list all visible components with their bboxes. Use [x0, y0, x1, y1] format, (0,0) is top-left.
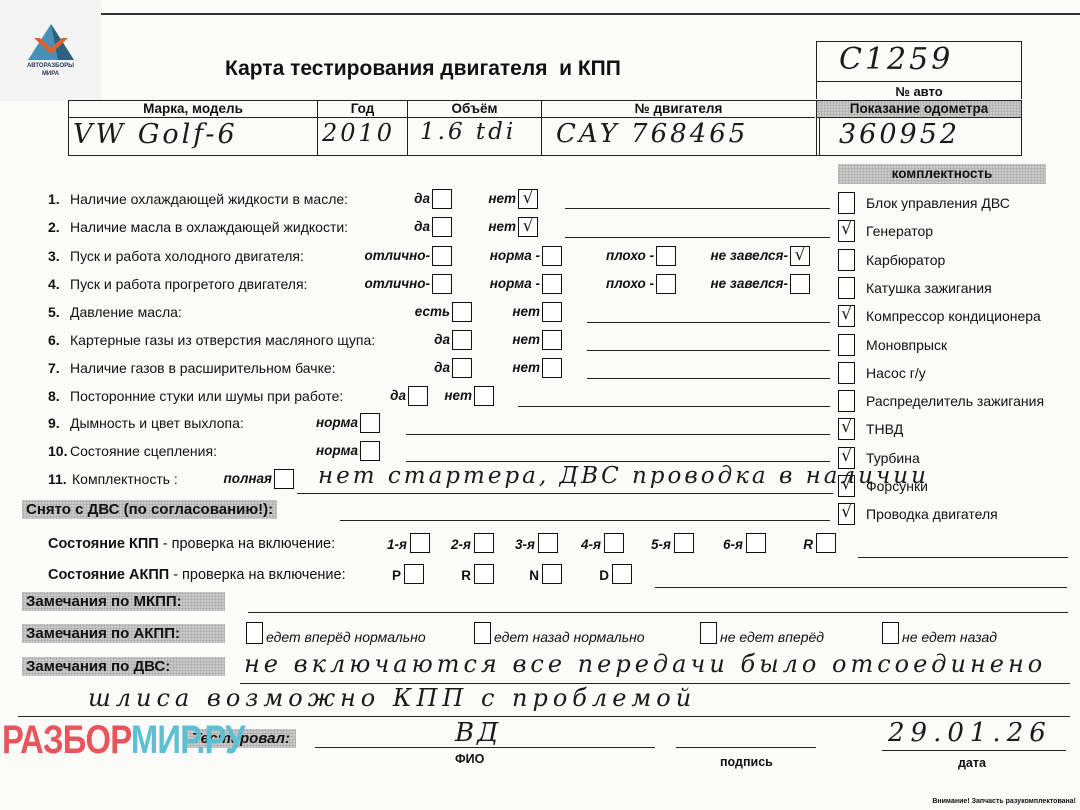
akpp-remark-checkbox[interactable] [882, 622, 899, 644]
completeness-item-label: Компрессор кондиционера [866, 308, 1041, 324]
item-label: Состояние сцепления: [70, 443, 217, 459]
item-label: Наличие газов в расширительном бачке: [70, 360, 336, 376]
option-checkbox[interactable] [432, 217, 452, 237]
date-line[interactable] [882, 750, 1066, 751]
option-label: нет [488, 191, 516, 206]
akpp-remark-label: едет вперёд нормально [266, 629, 426, 645]
option-label: да [390, 388, 406, 403]
engine-number-value: CAY 768465 [556, 119, 815, 149]
notes-line[interactable] [565, 237, 830, 238]
option-checkbox[interactable] [542, 246, 562, 266]
option-checkbox[interactable] [542, 274, 562, 294]
year-cell: Год 2010 [317, 101, 407, 155]
company-logo: АВТОРАЗБОРЫ МИРА [0, 0, 101, 101]
option-checkbox[interactable]: √ [790, 246, 810, 266]
option-label: плохо - [606, 248, 654, 263]
item-label: Дымность и цвет выхлопа: [70, 415, 244, 431]
gear-label: 2-я [451, 537, 471, 552]
option-label: есть [415, 304, 450, 319]
option-label: норма - [490, 276, 540, 291]
gear-label: 5-я [651, 537, 671, 552]
car-number-box: C1259 № авто [816, 41, 1022, 99]
logo-mark-icon [28, 24, 74, 62]
notes-line[interactable] [518, 406, 830, 407]
option-label: нет [512, 360, 540, 375]
option-label: плохо - [606, 276, 654, 291]
item-11-note: нет стартера, ДВС проводка в наличии [318, 463, 929, 489]
option-checkbox[interactable] [432, 189, 452, 209]
item-label: Пуск и работа холодного двигателя: [70, 248, 304, 264]
signature-label: подпись [720, 755, 773, 769]
year-header: Год [318, 101, 407, 118]
item-number: 11. [48, 471, 67, 487]
completeness-item-label: Генератор [866, 223, 933, 239]
fio-label: ФИО [455, 752, 484, 766]
completeness-item-label: Распределитель зажигания [866, 393, 1044, 409]
fio-value: ВД [455, 718, 501, 748]
vehicle-info-table: Марка, модель VW Golf-6 Год 2010 Объём 1… [68, 100, 820, 156]
kpp-label: Состояние КПП - проверка на включение: [48, 536, 335, 552]
item-label: Посторонние стуки или шумы при работе: [70, 388, 343, 404]
make-model-value: VW Golf-6 [73, 119, 317, 150]
option-checkbox[interactable] [452, 330, 472, 350]
logo-text-1: АВТОРАЗБОРЫ [0, 63, 101, 69]
item-label: Пуск и работа прогретого двигателя: [70, 276, 307, 292]
volume-header: Объём [408, 101, 541, 118]
gear-label: 4-я [581, 537, 601, 552]
dvs-remarks-line-1: не включаются все передачи было отсоедин… [244, 650, 1046, 678]
option-label: да [434, 332, 450, 347]
make-model-header: Марка, модель [69, 101, 317, 118]
option-checkbox[interactable]: √ [518, 217, 538, 237]
item-number: 9. [48, 415, 60, 431]
gear-label: R [803, 537, 813, 552]
item-label: Наличие охлаждающей жидкости в масле: [70, 191, 348, 207]
option-label: да [434, 360, 450, 375]
akpp-remark-label: не едет вперёд [720, 629, 824, 645]
option-checkbox[interactable] [408, 386, 428, 406]
option-label: норма - [490, 248, 540, 263]
item-number: 5. [48, 304, 60, 320]
completeness-checkbox[interactable] [838, 334, 855, 356]
completeness-header: комплектность [838, 164, 1046, 184]
completeness-checkbox[interactable] [838, 249, 855, 271]
option-checkbox[interactable] [360, 441, 380, 461]
mkpp-remarks-label: Замечания по МКПП: [22, 592, 225, 611]
car-number-value: C1259 [839, 42, 953, 77]
item-11-note-line [297, 493, 833, 494]
option-checkbox[interactable] [542, 302, 562, 322]
item-number: 6. [48, 332, 60, 348]
item-number: 1. [48, 191, 60, 207]
year-value: 2010 [322, 119, 407, 147]
akpp-remarks-label: Замечания по АКПП: [22, 624, 225, 643]
option-label: нет [444, 388, 472, 403]
completeness-checkbox[interactable]: √ [838, 418, 855, 440]
volume-cell: Объём 1.6 tdi [407, 101, 541, 155]
option-checkbox[interactable] [542, 330, 562, 350]
option-checkbox[interactable] [452, 358, 472, 378]
removed-label: Снято с ДВС (по согласованию!): [22, 500, 277, 519]
odometer-header: Показание одометра [817, 101, 1021, 118]
dvs-remarks-label: Замечания по ДВС: [22, 657, 225, 676]
completeness-item-label: Насос г/у [866, 365, 926, 381]
gear-checkbox[interactable] [746, 533, 766, 553]
option-label: норма [316, 443, 358, 458]
option-label: отлично- [365, 248, 430, 263]
notes-line[interactable] [565, 208, 830, 209]
option-checkbox[interactable] [542, 358, 562, 378]
item-number: 7. [48, 360, 60, 376]
item-label: Наличие масла в охлаждающей жидкости: [70, 219, 348, 235]
odometer-value: 360952 [839, 119, 960, 150]
completeness-item-label: Карбюратор [866, 252, 945, 268]
engine-number-cell: № двигателя CAY 768465 [541, 101, 815, 155]
gear-label: 6-я [723, 537, 743, 552]
akpp-remark-label: не едет назад [902, 629, 997, 645]
page-title: Карта тестирования двигателя и КПП [225, 57, 621, 81]
option-checkbox[interactable] [474, 386, 494, 406]
make-model-cell: Марка, модель VW Golf-6 [69, 101, 317, 155]
completeness-checkbox[interactable] [838, 362, 855, 384]
gear-checkbox[interactable] [404, 564, 424, 584]
option-label: да [414, 191, 430, 206]
kpp-note-line[interactable] [858, 557, 1068, 558]
akpp-note-line[interactable] [655, 587, 1067, 588]
option-checkbox[interactable] [274, 469, 294, 489]
option-label: норма [316, 415, 358, 430]
gear-checkbox[interactable] [604, 533, 624, 553]
gear-checkbox[interactable] [474, 564, 494, 584]
akpp-remark-checkbox[interactable] [246, 622, 263, 644]
mkpp-remarks-line[interactable] [248, 612, 1068, 613]
signature-line[interactable] [676, 747, 816, 748]
item-number: 8. [48, 388, 60, 404]
option-checkbox[interactable] [432, 246, 452, 266]
item-number: 4. [48, 276, 60, 292]
engine-number-header: № двигателя [542, 101, 815, 118]
volume-value: 1.6 tdi [420, 119, 541, 145]
notes-line[interactable] [406, 434, 830, 435]
gear-label: D [599, 568, 609, 583]
item-number: 2. [48, 219, 60, 235]
akpp-remark-checkbox[interactable] [474, 622, 491, 644]
completeness-item-label: Проводка двигателя [866, 506, 998, 522]
gear-label: N [529, 568, 539, 583]
item-label: Давление масла: [70, 304, 182, 320]
watermark: РАЗБОРМИР.РУ [2, 718, 245, 763]
item-number: 3. [48, 248, 60, 264]
fio-line[interactable] [315, 747, 655, 748]
option-checkbox[interactable] [656, 246, 676, 266]
akpp-remark-label: едет назад нормально [494, 629, 645, 645]
item-label: Картерные газы из отверстия масляного щу… [70, 332, 375, 348]
completeness-checkbox[interactable]: √ [838, 503, 855, 525]
completeness-checkbox[interactable]: √ [838, 220, 855, 242]
option-label: нет [488, 219, 516, 234]
completeness-item-label: Катушка зажигания [866, 280, 992, 296]
completeness-item-label: Моновпрыск [866, 337, 947, 353]
gear-checkbox[interactable] [542, 564, 562, 584]
option-label: да [414, 219, 430, 234]
option-checkbox[interactable] [790, 274, 810, 294]
option-label: отлично- [365, 276, 430, 291]
notes-line[interactable] [587, 322, 830, 323]
notes-line[interactable] [406, 461, 830, 462]
notes-line[interactable] [587, 378, 830, 379]
footer-warning: Внимание! Запчасть разукомплектована! [932, 798, 1076, 805]
option-checkbox[interactable]: √ [518, 189, 538, 209]
completeness-checkbox[interactable] [838, 277, 855, 299]
watermark-part-1: РАЗБОР [2, 718, 131, 762]
gear-label: P [392, 568, 401, 583]
notes-line[interactable] [587, 350, 830, 351]
option-checkbox[interactable] [656, 274, 676, 294]
gear-label: 3-я [515, 537, 535, 552]
option-checkbox[interactable] [360, 413, 380, 433]
akpp-label: Состояние АКПП - проверка на включение: [48, 567, 346, 583]
gear-checkbox[interactable] [674, 533, 694, 553]
date-label: дата [958, 756, 986, 770]
gear-label: 1-я [387, 537, 407, 552]
completeness-checkbox[interactable]: √ [838, 305, 855, 327]
date-value: 29.01.26 [888, 718, 1052, 748]
option-checkbox[interactable] [452, 302, 472, 322]
gear-checkbox[interactable] [410, 533, 430, 553]
completeness-item-label: Блок управления ДВС [866, 195, 1010, 211]
completeness-item-label: ТНВД [866, 421, 903, 437]
top-rule [100, 13, 1080, 15]
logo-text-2: МИРА [0, 71, 101, 77]
item-label: Комплектность : [72, 471, 178, 487]
watermark-part-2: МИР.РУ [131, 718, 245, 762]
akpp-remark-checkbox[interactable] [700, 622, 717, 644]
gear-checkbox[interactable] [612, 564, 632, 584]
gear-checkbox[interactable] [474, 533, 494, 553]
option-label: не завелся- [711, 276, 788, 291]
option-label: нет [512, 332, 540, 347]
car-number-label: № авто [817, 84, 1021, 99]
option-label: полная [223, 471, 272, 486]
option-label: нет [512, 304, 540, 319]
dvs-remarks-line-2: шлиса возможно КПП с проблемой [88, 684, 696, 712]
gear-checkbox[interactable] [538, 533, 558, 553]
completeness-checkbox[interactable] [838, 390, 855, 412]
option-label: не завелся- [711, 248, 788, 263]
gear-label: R [461, 568, 471, 583]
dvs-remarks-rule-2 [18, 716, 1070, 717]
gear-checkbox[interactable] [816, 533, 836, 553]
item-number: 10. [48, 443, 67, 459]
option-checkbox[interactable] [432, 274, 452, 294]
removed-line[interactable] [340, 520, 830, 521]
odometer-cell: Показание одометра 360952 [816, 100, 1022, 156]
completeness-checkbox[interactable] [838, 192, 855, 214]
